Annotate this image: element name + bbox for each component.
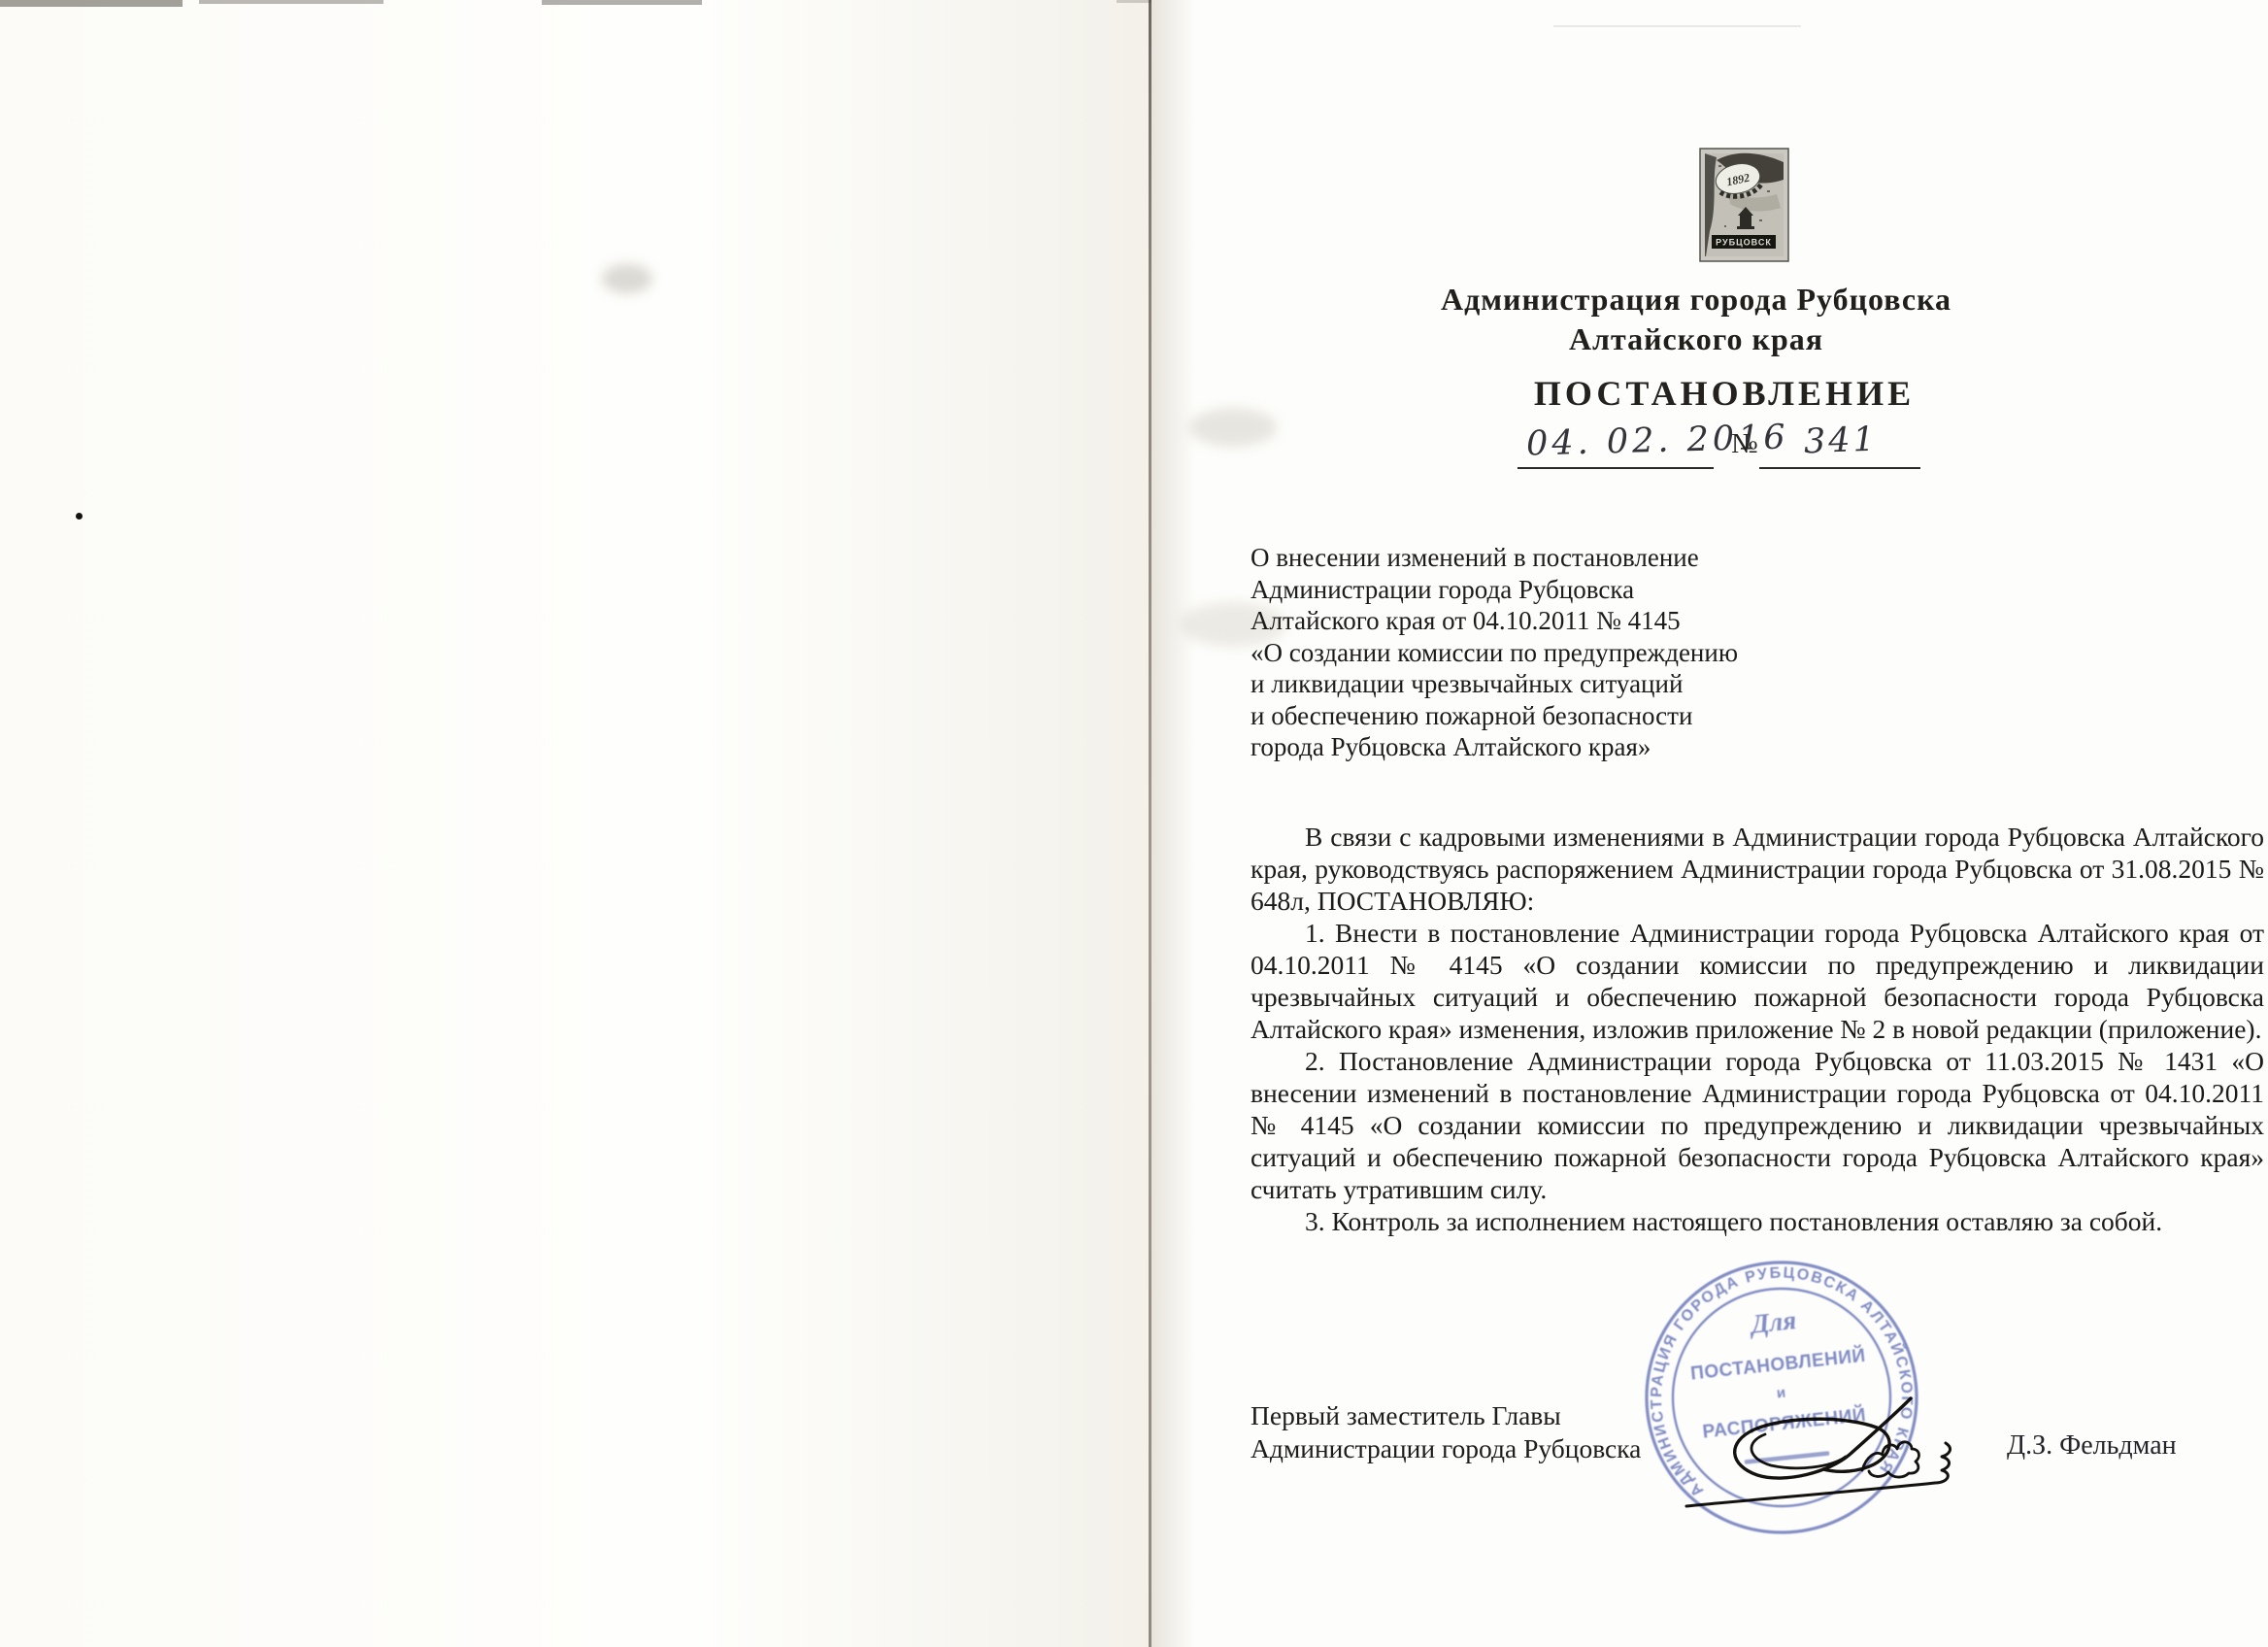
signatory-position-line1: Первый заместитель Главы [1251,1399,1794,1432]
ink-speck [76,513,83,520]
blank-left-page [0,0,1151,1647]
signatory-position-line2: Администрации города Рубцовска [1251,1432,1794,1465]
scanner-edge-artifact [0,0,183,7]
paper-smudge [1189,408,1277,447]
subject-line: «О создании комиссии по предупреждению [1251,637,1891,669]
scanner-edge-artifact [199,0,384,4]
subject-line: и ликвидации чрезвычайных ситуаций [1251,668,1891,700]
subject-line: и обеспечению пожарной безопасности [1251,700,1891,732]
organization-name: Администрация города Рубцовска Алтайског… [1405,280,1987,359]
organization-name-line2: Алтайского края [1405,319,1987,359]
paper-edge-line [1553,25,1801,27]
document-type-title: ПОСТАНОВЛЕНИЕ [1429,373,2019,414]
number-underline [1759,467,1920,469]
body-paragraph-preamble: В связи с кадровыми изменениями в Админи… [1251,821,2264,917]
signatory-position: Первый заместитель Главы Администрации г… [1251,1399,1794,1465]
body-paragraph-item1: 1. Внести в постановление Администрации … [1251,917,2264,1045]
number-sign: № [1731,428,1758,460]
signatory-name: Д.З. Фельдман [2007,1430,2177,1462]
body-paragraph-item3: 3. Контроль за исполнением настоящего по… [1251,1205,2264,1237]
document-body: В связи с кадровыми изменениями в Админи… [1251,821,2264,1237]
document-subject: О внесении изменений в постановление Адм… [1251,542,1891,763]
scanned-document: 1892 РУБЦОВСК Администрация города Рубцо… [0,0,2268,1647]
paper-smudge [602,264,652,293]
subject-line: Алтайского края от 04.10.2011 № 4145 [1251,605,1891,637]
subject-line: города Рубцовска Алтайского края» [1251,731,1891,763]
fold-shadow [1151,0,1196,1647]
subject-line: Администрации города Рубцовска [1251,574,1891,606]
body-paragraph-item2: 2. Постановление Администрации города Ру… [1251,1045,2264,1205]
subject-line: О внесении изменений в постановление [1251,542,1891,574]
handwritten-number: 341 [1803,420,1878,462]
date-underline [1518,467,1714,469]
organization-name-line1: Администрация города Рубцовска [1405,280,1987,319]
scanner-edge-artifact [542,0,702,5]
